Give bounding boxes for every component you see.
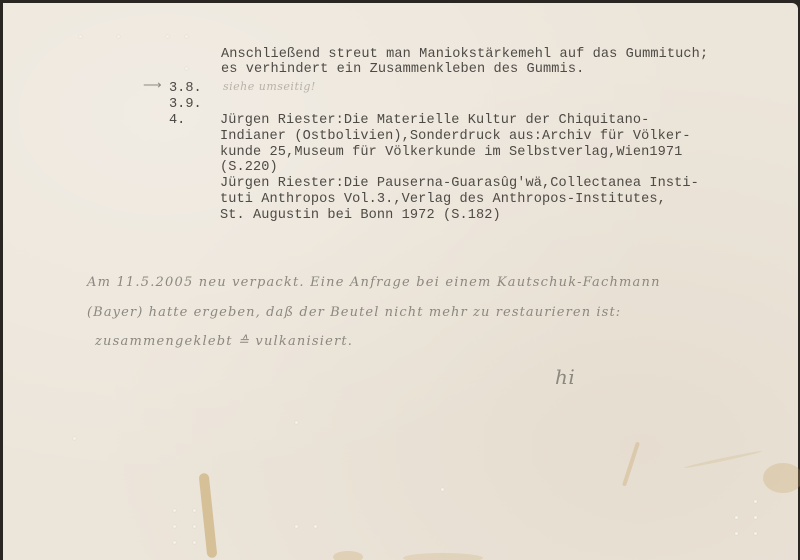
emboss-dot: [185, 67, 188, 70]
stain-streak: [622, 442, 640, 487]
stain-bottom: [333, 551, 363, 560]
emboss-dot: [735, 516, 738, 519]
item-number-3-9: 3.9.: [169, 97, 202, 112]
emboss-dot: [173, 541, 176, 544]
reference-2-line-2: tuti Anthropos Vol.3.,Verlag des Anthrop…: [220, 192, 666, 207]
emboss-dot: [173, 509, 176, 512]
intro-line-1: Anschließend streut man Maniokstärkemehl…: [221, 47, 708, 62]
emboss-dot: [754, 500, 757, 503]
index-card: Anschließend streut man Maniokstärkemehl…: [3, 3, 798, 560]
reference-2-line-1: Jürgen Riester:Die Pauserna-Guarasûg'wä,…: [220, 176, 699, 191]
emboss-dot: [314, 525, 317, 528]
stain-drip: [199, 473, 218, 559]
handwritten-line-2: (Bayer) hatte ergeben, daß der Beutel ni…: [87, 305, 621, 320]
emboss-dot: [193, 509, 196, 512]
handwritten-line-1: Am 11.5.2005 neu verpackt. Eine Anfrage …: [87, 275, 661, 290]
item-number-4: 4.: [169, 113, 185, 128]
stain-bottom: [403, 553, 483, 560]
emboss-dot: [754, 516, 757, 519]
emboss-dot: [193, 525, 196, 528]
pencil-arrow-icon: ⟶: [143, 78, 162, 93]
emboss-dot: [173, 525, 176, 528]
emboss-dot: [754, 532, 757, 535]
intro-line-2: es verhindert ein Zusammenkleben des Gum…: [221, 62, 584, 77]
emboss-dot: [73, 437, 76, 440]
stain-streak: [684, 450, 763, 470]
emboss-dot: [193, 541, 196, 544]
emboss-dot: [295, 525, 298, 528]
reference-1-line-1: Jürgen Riester:Die Materielle Kultur der…: [220, 113, 649, 128]
emboss-dot: [185, 35, 188, 38]
emboss-dot: [735, 532, 738, 535]
pencil-note-see-overleaf: siehe umseitig!: [223, 80, 316, 93]
handwritten-signature: hi: [555, 365, 575, 389]
reference-1-line-2: Indianer (Ostbolivien),Sonderdruck aus:A…: [220, 129, 691, 144]
emboss-dot: [441, 488, 444, 491]
emboss-dot: [166, 35, 169, 38]
reference-1-line-4: (S.220): [220, 160, 278, 175]
emboss-dot: [295, 421, 298, 424]
emboss-dot: [117, 35, 120, 38]
item-number-3-8: 3.8.: [169, 81, 202, 96]
reference-1-line-3: kunde 25,Museum für Völkerkunde im Selbs…: [220, 145, 682, 160]
stain-corner: [763, 463, 800, 493]
handwritten-line-3: zusammengeklebt ≙ vulkanisiert.: [95, 334, 353, 349]
emboss-dot: [79, 35, 82, 38]
reference-2-line-3: St. Augustin bei Bonn 1972 (S.182): [220, 208, 501, 223]
